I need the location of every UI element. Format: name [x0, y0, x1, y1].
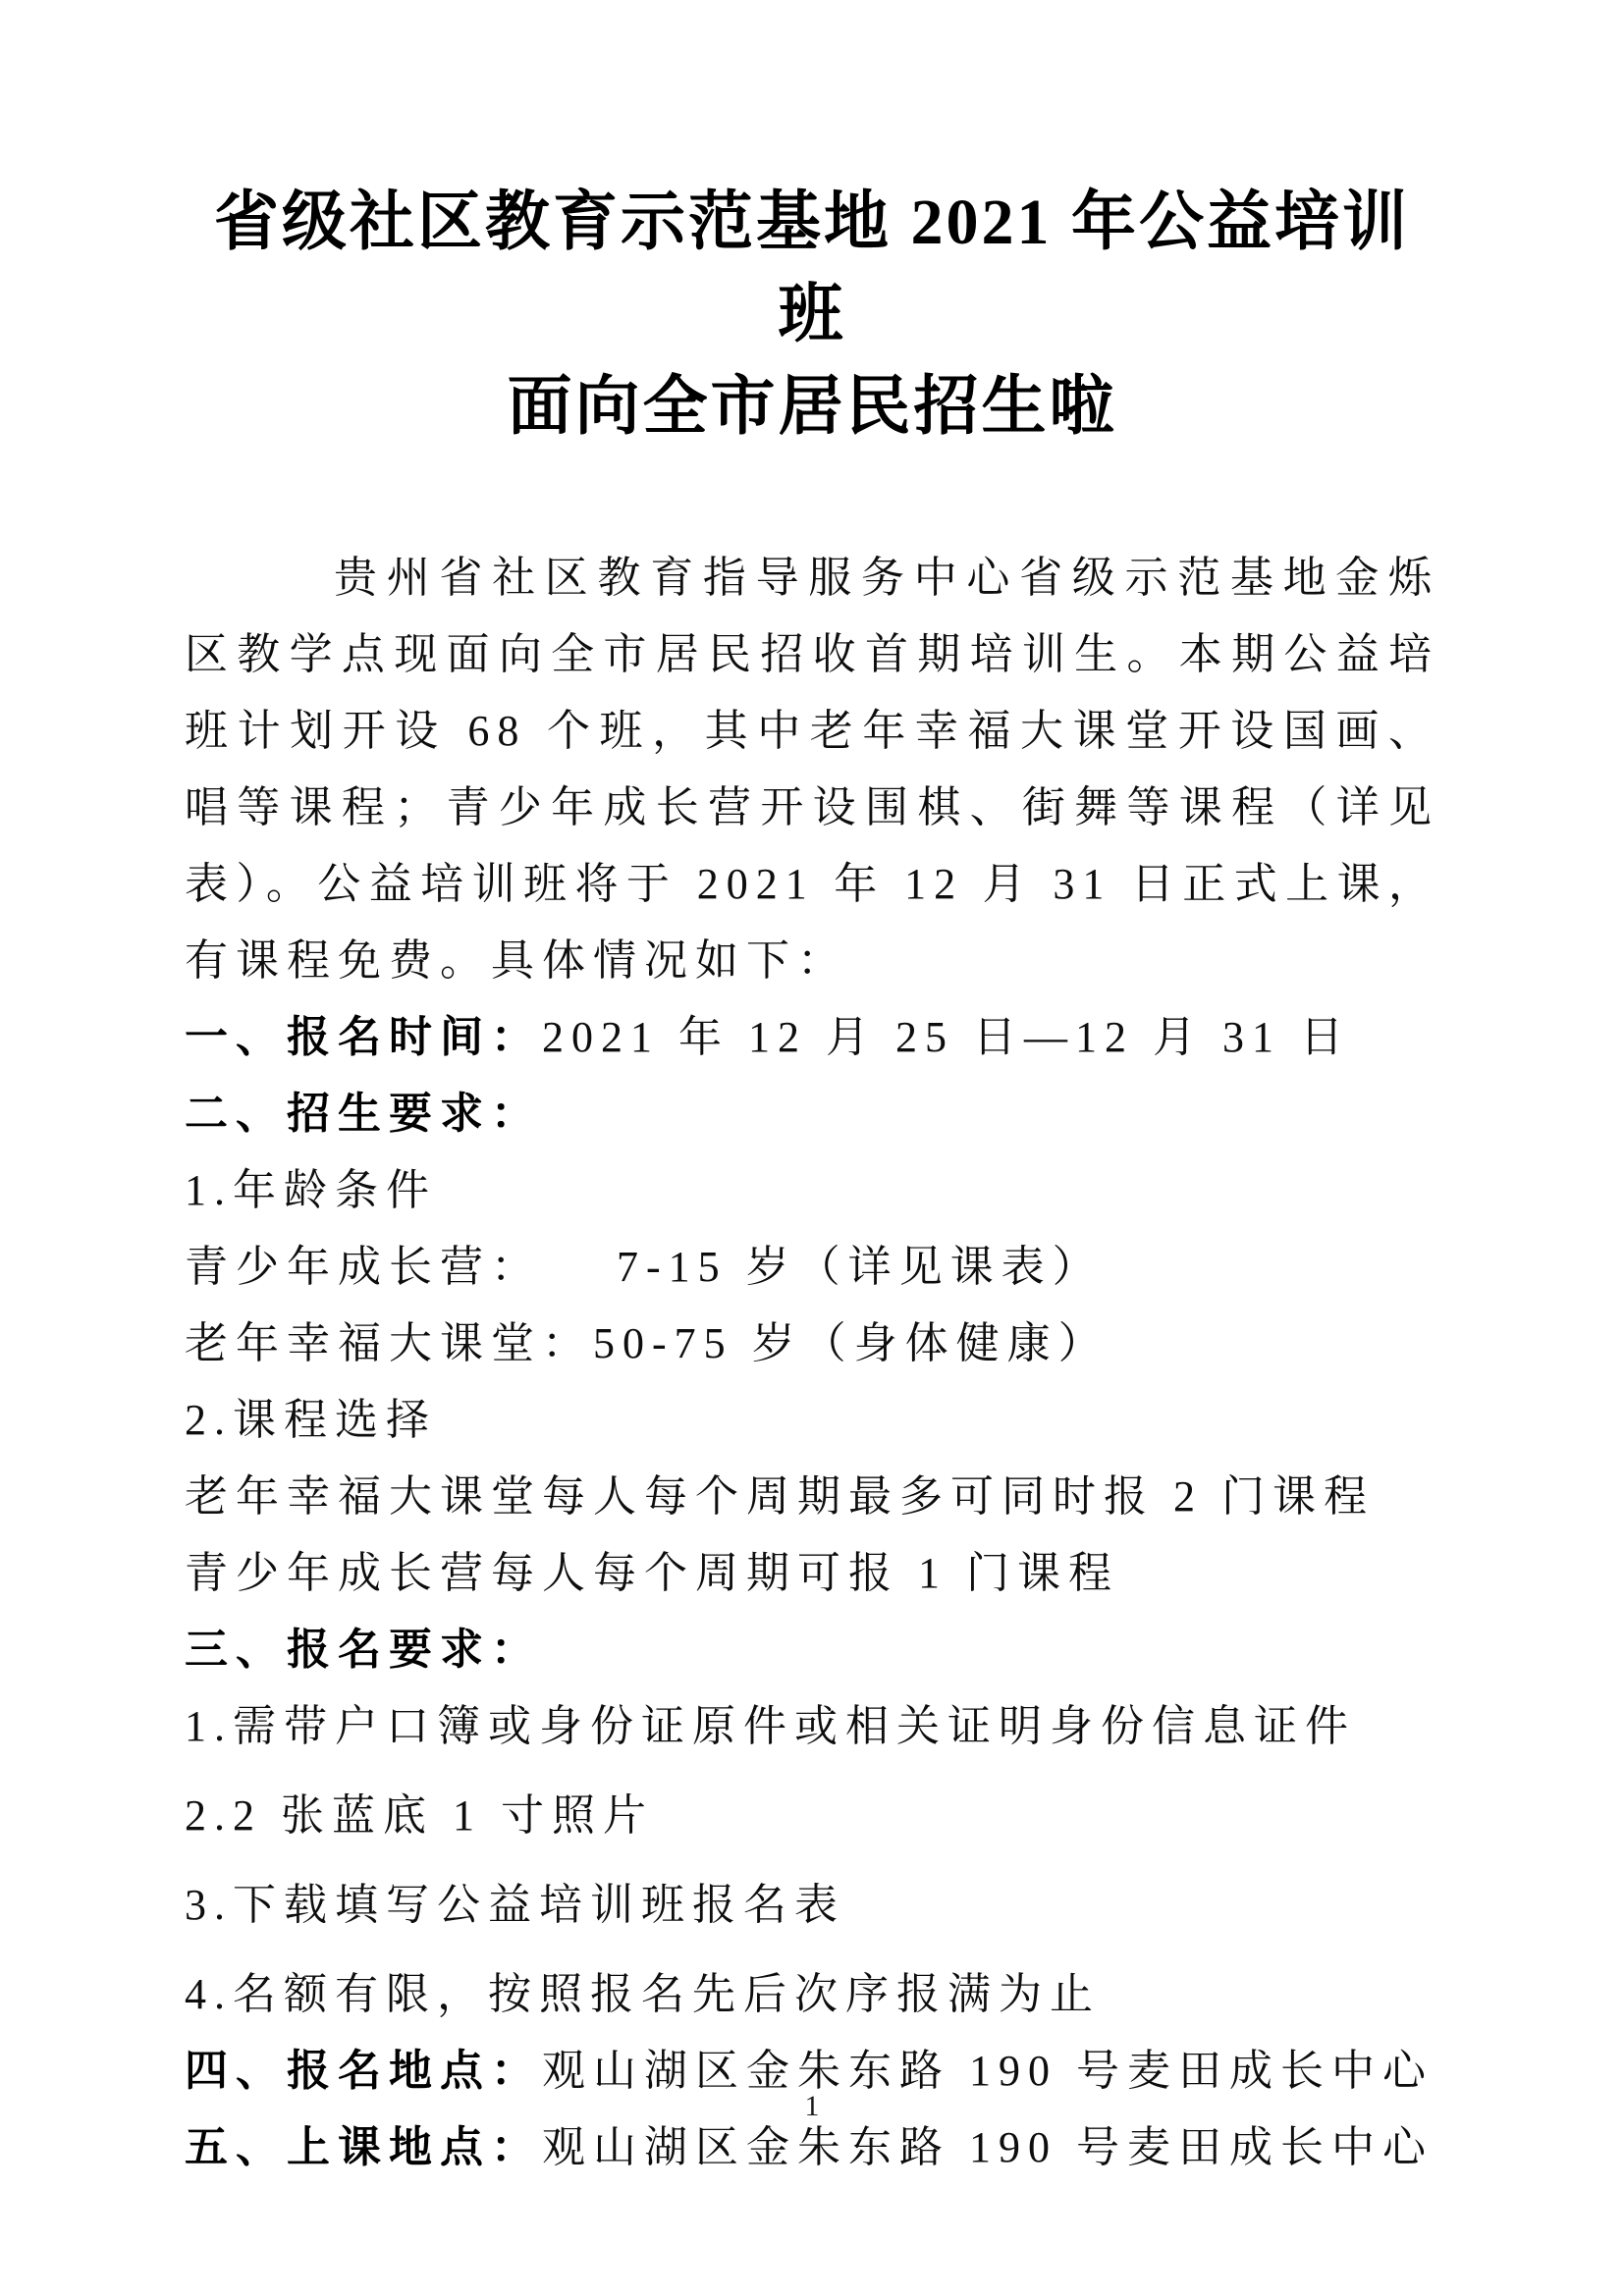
- section-line-signup-time: 一、报名时间：2021 年 12 月 25 日—12 月 31 日: [185, 999, 1439, 1076]
- section-line-enroll-requirements: 二、招生要求：: [185, 1076, 1439, 1152]
- section-label-signup-requirements: 三、报名要求：: [185, 1626, 542, 1674]
- section-text-id-documents: 1.需带户口簿或身份证原件或相关证明身份信息证件: [185, 1702, 1356, 1750]
- section-text-senior-course-limit: 老年幸福大课堂每人每个周期最多可同时报 2 门课程: [185, 1472, 1375, 1521]
- section-line-limited-quota: 4.名额有限，按照报名先后次序报满为止: [185, 1956, 1439, 2033]
- section-text-limited-quota: 4.名额有限，按照报名先后次序报满为止: [185, 1970, 1101, 2018]
- section-line-youth-course-limit: 青少年成长营每人每个周期可报 1 门课程: [185, 1535, 1439, 1612]
- section-text-youth-camp-age: 青少年成长营： 7-15 岁（详见课表）: [185, 1243, 1104, 1291]
- section-label-enroll-requirements: 二、招生要求：: [185, 1090, 542, 1138]
- intro-line-2: 区教学点现面向全市居民招收首期培训生。本期公益培训: [185, 616, 1439, 693]
- intro-line-4: 唱等课程；青少年成长营开设围棋、街舞等课程（详见课: [185, 770, 1439, 846]
- section-line-photos: 2.2 张蓝底 1 寸照片: [185, 1778, 1439, 1854]
- section-label-class-location: 五、上课地点：: [185, 2123, 542, 2171]
- section-line-senior-course-limit: 老年幸福大课堂每人每个周期最多可同时报 2 门课程: [185, 1459, 1439, 1535]
- page-footer: 1: [0, 2087, 1624, 2126]
- document-page: 省级社区教育示范基地 2021 年公益培训班 面向全市居民招生啦 贵州省社区教育…: [0, 0, 1624, 2296]
- document-body: 贵州省社区教育指导服务中心省级示范基地金烁社 区教学点现面向全市居民招收首期培训…: [185, 540, 1439, 2186]
- section-text-course-choice: 2.课程选择: [185, 1396, 437, 1444]
- section-line-download-form: 3.下载填写公益培训班报名表: [185, 1867, 1439, 1944]
- page-number: 1: [805, 2090, 820, 2122]
- section-text-youth-course-limit: 青少年成长营每人每个周期可报 1 门课程: [185, 1549, 1119, 1597]
- section-text-download-form: 3.下载填写公益培训班报名表: [185, 1881, 845, 1929]
- section-line-signup-requirements: 三、报名要求：: [185, 1612, 1439, 1688]
- section-line-age-condition: 1.年龄条件: [185, 1152, 1439, 1229]
- intro-line-6: 有课程免费。具体情况如下：: [185, 923, 1439, 999]
- title-line-2: 面向全市居民招生啦: [185, 361, 1439, 454]
- document-title: 省级社区教育示范基地 2021 年公益培训班 面向全市居民招生啦: [185, 177, 1439, 454]
- section-label-signup-time: 一、报名时间：: [185, 1013, 542, 1061]
- section-text-class-location: 观山湖区金朱东路 190 号麦田成长中心: [542, 2123, 1434, 2171]
- section-line-youth-camp-age: 青少年成长营： 7-15 岁（详见课表）: [185, 1229, 1439, 1306]
- section-text-age-condition: 1.年龄条件: [185, 1166, 437, 1214]
- intro-line-1: 贵州省社区教育指导服务中心省级示范基地金烁社: [185, 540, 1439, 616]
- intro-line-3: 班计划开设 68 个班，其中老年幸福大课堂开设国画、合: [185, 693, 1439, 770]
- section-line-senior-class-age: 老年幸福大课堂：50-75 岁（身体健康）: [185, 1306, 1439, 1382]
- section-line-course-choice: 2.课程选择: [185, 1382, 1439, 1459]
- title-line-1: 省级社区教育示范基地 2021 年公益培训班: [185, 177, 1439, 361]
- section-text-photos: 2.2 张蓝底 1 寸照片: [185, 1791, 654, 1840]
- section-text-signup-time: 2021 年 12 月 25 日—12 月 31 日: [542, 1013, 1351, 1061]
- section-line-id-documents: 1.需带户口簿或身份证原件或相关证明身份信息证件: [185, 1688, 1439, 1765]
- section-text-senior-class-age: 老年幸福大课堂：50-75 岁（身体健康）: [185, 1319, 1110, 1367]
- intro-line-5: 表）。公益培训班将于 2021 年 12 月 31 日正式上课，所: [185, 846, 1439, 923]
